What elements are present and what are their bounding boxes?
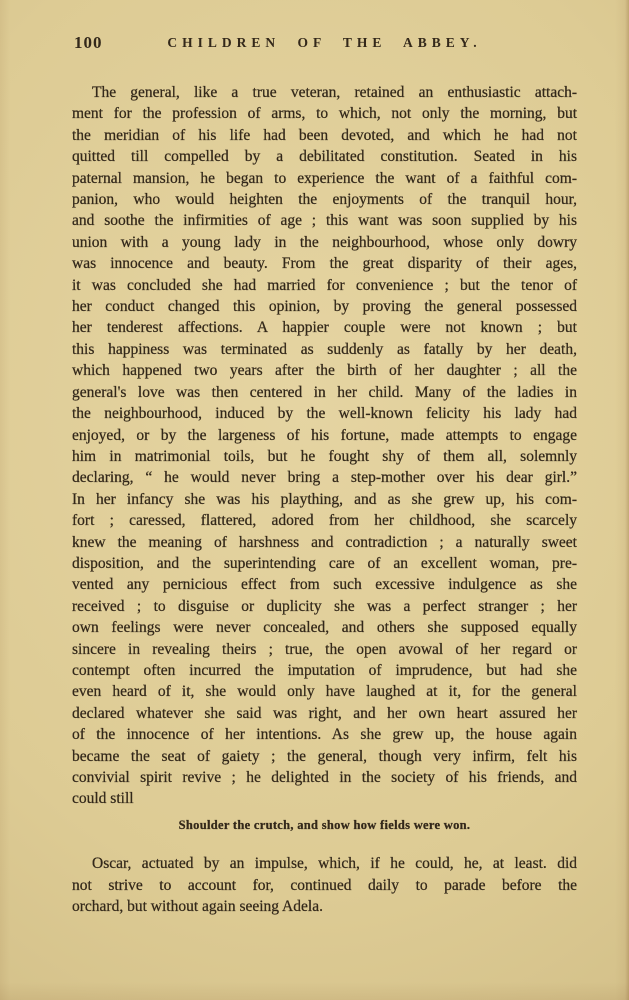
text-line: vented any pernicious effect from such e… xyxy=(72,574,577,595)
text-line: quitted till compelled by a debilitated … xyxy=(72,146,577,167)
text-line: contempt often incurred the imputation o… xyxy=(72,660,577,681)
text-line: The general, like a true veteran, retain… xyxy=(72,82,577,103)
paragraph-oscar: Oscar, actuated by an impulse, which, if… xyxy=(72,853,577,917)
page-body: The general, like a true veteran, retain… xyxy=(72,82,577,917)
text-line: own feelings were never concealed, and o… xyxy=(72,617,577,638)
text-line: this happiness was terminated as suddenl… xyxy=(72,339,577,360)
text-line: knew the meaning of harshness and contra… xyxy=(72,532,577,553)
text-line: was innocence and beauty. From the great… xyxy=(72,253,577,274)
text-line: not strive to account for, continued dai… xyxy=(72,875,577,896)
text-line: it was concluded she had married for con… xyxy=(72,275,577,296)
text-line: received ; to disguise or duplicity she … xyxy=(72,596,577,617)
text-line: even heard of it, she would only have la… xyxy=(72,681,577,702)
text-line: convivial spirit revive ; he delighted i… xyxy=(72,767,577,788)
text-line: and soothe the infirmities of age ; this… xyxy=(72,210,577,231)
verse-quotation: Shoulder the crutch, and show how fields… xyxy=(72,815,577,836)
book-page: 100 CHILDREN OF THE ABBEY. The general, … xyxy=(0,0,629,1000)
text-line: which happened two years after the birth… xyxy=(72,360,577,381)
text-line: became the seat of gaiety ; the general,… xyxy=(72,746,577,767)
text-line: ment for the profession of arms, to whic… xyxy=(72,103,577,124)
text-line: the neighbourhood, induced by the well-k… xyxy=(72,403,577,424)
paragraph-general: The general, like a true veteran, retain… xyxy=(72,82,577,810)
text-line: Oscar, actuated by an impulse, which, if… xyxy=(72,853,577,874)
text-line: declaring, “ he would never bring a step… xyxy=(72,467,577,488)
text-line: enjoyed, or by the largeness of his fort… xyxy=(72,425,577,446)
text-line: could still xyxy=(72,788,577,809)
text-line: disposition, and the superintending care… xyxy=(72,553,577,574)
text-line: her conduct changed this opinion, by pro… xyxy=(72,296,577,317)
text-line: declared whatever she said was right, an… xyxy=(72,703,577,724)
text-line: panion, who would heighten the enjoyment… xyxy=(72,189,577,210)
text-line: In her infancy she was his plaything, an… xyxy=(72,489,577,510)
text-line: union with a young lady in the neighbour… xyxy=(72,232,577,253)
page-header: 100 CHILDREN OF THE ABBEY. xyxy=(72,33,577,53)
text-line: orchard, but without again seeing Adela. xyxy=(72,896,577,917)
text-line: sincere in revealing theirs ; true, the … xyxy=(72,639,577,660)
text-line: paternal mansion, he began to experience… xyxy=(72,168,577,189)
running-head-title: CHILDREN OF THE ABBEY. xyxy=(72,35,577,51)
text-line: of the innocence of her intentions. As s… xyxy=(72,724,577,745)
text-line: the meridian of his life had been devote… xyxy=(72,125,577,146)
text-line: general's love was then centered in her … xyxy=(72,382,577,403)
text-line: fort ; caressed, flattered, adored from … xyxy=(72,510,577,531)
text-line: him in matrimonial toils, but he fought … xyxy=(72,446,577,467)
text-line: her tenderest affections. A happier coup… xyxy=(72,317,577,338)
